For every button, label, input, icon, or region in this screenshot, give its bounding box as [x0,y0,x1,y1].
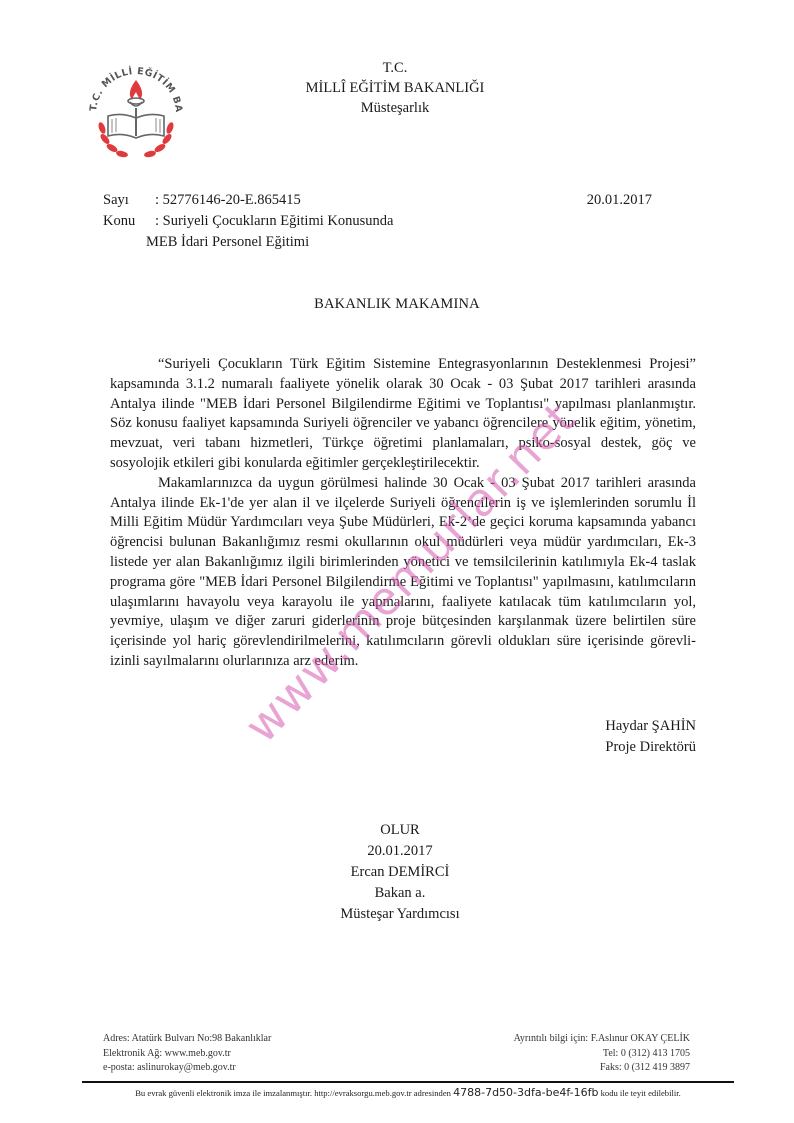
body-paragraph: “Suriyeli Çocukların Türk Eğitim Sistemi… [110,355,696,474]
subject-line-2: MEB İdari Personel Eğitimi [146,232,309,252]
footer-website[interactable]: Elektronik Ağ: www.meb.gov.tr [103,1047,271,1062]
approver-title: Müsteşar Yardımcısı [300,904,500,925]
addressee: BAKANLIK MAKAMINA [0,296,794,313]
letterhead-ministry: MİLLÎ EĞİTİM BAKANLIĞI [250,78,540,98]
letterhead-country: T.C. [250,58,540,78]
letterhead: T.C. MİLLÎ EĞİTİM BAKANLIĞI Müsteşarlık [250,58,540,118]
footer-email[interactable]: e-posta: aslinurokay@meb.gov.tr [103,1061,271,1076]
body-paragraph: Makamlarınızca da uygun görülmesi halind… [110,474,696,672]
letterhead-unit: Müsteşarlık [250,98,540,118]
footer-divider [82,1081,734,1083]
approval-label: OLUR [300,820,500,841]
approval-block: OLUR 20.01.2017 Ercan DEMİRCİ Bakan a. M… [300,820,500,925]
footer-address-line: Adres: Atatürk Bulvarı No:98 Bakanlıklar [103,1032,271,1047]
verification-suffix: kodu ile teyit edilebilir. [601,1088,681,1098]
footer-address: Adres: Atatürk Bulvarı No:98 Bakanlıklar… [103,1032,271,1076]
approver-on-behalf: Bakan a. [300,883,500,904]
konu-label: Konu [103,211,155,231]
ministry-emblem-icon: T.C. MİLLİ EĞİTİM BAKANLIĞI [78,52,194,168]
document-number: Sayı: 52776146-20-E.865415 [103,190,301,210]
subject: Konu: Suriyeli Çocukların Eğitimi Konusu… [103,211,393,231]
ministry-logo: T.C. MİLLİ EĞİTİM BAKANLIĞI [78,52,194,168]
verification-code: 4788-7d50-3dfa-be4f-16fb [453,1086,598,1099]
footer-contact-person: Ayrıntılı bilgi için: F.Aslınur OKAY ÇEL… [514,1032,690,1047]
footer-fax: Faks: 0 (312 419 3897 [514,1061,690,1076]
verification-prefix: Bu evrak güvenli elektronik imza ile imz… [135,1088,451,1098]
konu-value: : Suriyeli Çocukların Eğitimi Konusunda [155,213,393,229]
approver-name: Ercan DEMİRCİ [300,862,500,883]
signature-block: Haydar ŞAHİN Proje Direktörü [605,716,696,758]
verification-line: Bu evrak güvenli elektronik imza ile imz… [82,1086,734,1099]
footer-contact: Ayrıntılı bilgi için: F.Aslınur OKAY ÇEL… [514,1032,690,1076]
document-date: 20.01.2017 [587,190,652,210]
sayi-label: Sayı [103,190,155,210]
letter-body: “Suriyeli Çocukların Türk Eğitim Sistemi… [110,355,696,672]
approval-date: 20.01.2017 [300,841,500,862]
signer-title: Proje Direktörü [605,737,696,758]
signer-name: Haydar ŞAHİN [605,716,696,737]
footer-tel: Tel: 0 (312) 413 1705 [514,1047,690,1062]
sayi-value: : 52776146-20-E.865415 [155,192,301,208]
